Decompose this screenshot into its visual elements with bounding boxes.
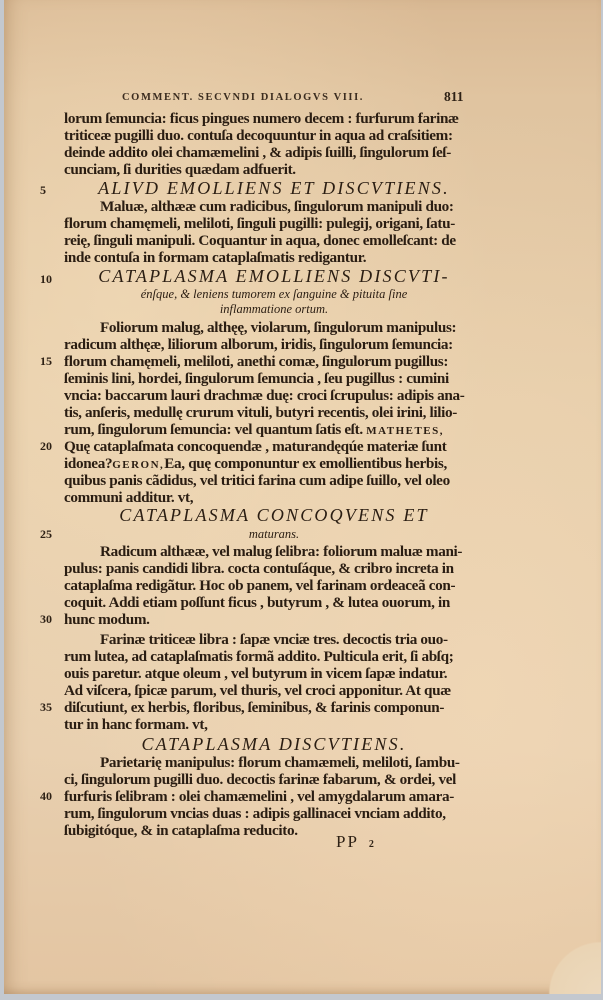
text-line: ci, ſingulorum pugilli duo. decoctis far… bbox=[64, 771, 484, 788]
line-number: 10 bbox=[40, 272, 52, 287]
speaker-name: GERON, bbox=[112, 459, 164, 471]
text-line: tis, anſeris, medullę crurum vituli, but… bbox=[64, 404, 484, 421]
text-line: Radicum althææ, vel malug ſelibra: folio… bbox=[64, 543, 484, 560]
text-line: cataplaſma redigãtur. Hoc ob panem, vel … bbox=[64, 577, 484, 594]
text-line: communi additur. vt, bbox=[64, 489, 484, 506]
text-line: Foliorum malug, althęę, violarum, ſingul… bbox=[64, 319, 484, 336]
text-line: tur in hanc formam. vt, bbox=[64, 716, 484, 733]
section-heading: CATAPLASMA DISCVTIENS. bbox=[64, 734, 484, 754]
text-span: Ea, quę componuntur ex emollientibus her… bbox=[164, 455, 447, 472]
text-line: pulus: panis candidi libra. cocta contuſ… bbox=[64, 560, 484, 577]
line-number: 30 bbox=[40, 612, 52, 627]
scanned-book-page: COMMENT. SECVNDI DIALOGVS VIII. 811 loru… bbox=[4, 0, 601, 994]
line-number: 15 bbox=[40, 354, 52, 369]
text-line: Maluæ, althææ cum radicibus, ſingulorum … bbox=[64, 198, 484, 215]
text-line: ouis paretur. atque oleum , vel butyrum … bbox=[64, 665, 484, 682]
text-line: lorum ſemuncia: ficus pingues numero dec… bbox=[64, 110, 484, 127]
section-subheading: inflammatione ortum. bbox=[64, 302, 484, 317]
section-heading: CATAPLASMA EMOLLIENS DISCVTI- bbox=[64, 266, 484, 286]
speaker-name: MATHETES, bbox=[366, 425, 444, 437]
text-line: triticeæ pugilli duo. contuſa decoquuntu… bbox=[64, 127, 484, 144]
text-line: hunc modum. bbox=[64, 611, 484, 628]
text-span: idonea? bbox=[64, 455, 112, 472]
line-number: 35 bbox=[40, 700, 52, 715]
text-line: Quę cataplaſmata concoquendæ , maturandę… bbox=[64, 438, 484, 455]
page-text: COMMENT. SECVNDI DIALOGVS VIII. 811 loru… bbox=[4, 0, 601, 994]
text-line: furfuris ſelibram : olei chamæmelini , v… bbox=[64, 788, 484, 805]
page-number: 811 bbox=[444, 89, 464, 105]
signature-mark: PP2 bbox=[336, 832, 376, 852]
text-line: Farinæ triticeæ libra : ſapæ vnciæ tres.… bbox=[64, 631, 484, 648]
text-line: radicum althęæ, liliorum alborum, iridis… bbox=[64, 336, 484, 353]
section-heading: ALIVD EMOLLIENS ET DISCVTIENS. bbox=[64, 178, 484, 198]
line-number: 20 bbox=[40, 439, 52, 454]
text-line: rum lutea, ad cataplaſmatis formã addito… bbox=[64, 648, 484, 665]
text-line: deinde addito olei chamæmelini , & adipi… bbox=[64, 144, 484, 161]
section-subheading: énſque, & leniens tumorem ex ſanguine & … bbox=[64, 287, 484, 302]
text-line: ſeminis lini, hordei, ſingulorum ſemunci… bbox=[64, 370, 484, 387]
text-line: reię, ſinguli manipuli. Coquantur in aqu… bbox=[64, 232, 484, 249]
text-span: rum, ſingulorum ſemuncia: vel quantum ſa… bbox=[64, 421, 363, 438]
signature-letters: PP bbox=[336, 832, 359, 851]
text-line: florum chamęmeli, meliloti, ſinguli pugi… bbox=[64, 215, 484, 232]
line-number: 5 bbox=[40, 183, 46, 198]
text-line: ſubigitóque, & in cataplaſma reducito. bbox=[64, 822, 484, 839]
text-line: quibus panis cãdidus, vel tritici farina… bbox=[64, 472, 484, 489]
text-line: Ad viſcera, ſpicæ parum, vel thuris, vel… bbox=[64, 682, 484, 699]
text-line: inde contuſa in formam cataplaſmatis red… bbox=[64, 249, 484, 266]
text-line: rum, ſingulorum vncias duas : adipis gal… bbox=[64, 805, 484, 822]
text-line: diſcutiunt, ex herbis, floribus, ſeminib… bbox=[64, 699, 484, 716]
text-line: coquit. Addi etiam poſſunt ficus , butyr… bbox=[64, 594, 484, 611]
text-line: cunciam, ſi durities quædam adfuerit. bbox=[64, 161, 484, 178]
line-number: 40 bbox=[40, 789, 52, 804]
text-line: florum chamęmeli, meliloti, anethi comæ,… bbox=[64, 353, 484, 370]
signature-number: 2 bbox=[369, 839, 376, 850]
text-line: Parietarię manipulus: florum chamæmeli, … bbox=[64, 754, 484, 771]
text-line: vncia: baccarum lauri drachmæ duę: croci… bbox=[64, 387, 484, 404]
section-heading: CATAPLASMA CONCOQVENS ET bbox=[64, 505, 484, 525]
line-number: 25 bbox=[40, 527, 52, 542]
section-subheading: maturans. bbox=[64, 527, 484, 542]
